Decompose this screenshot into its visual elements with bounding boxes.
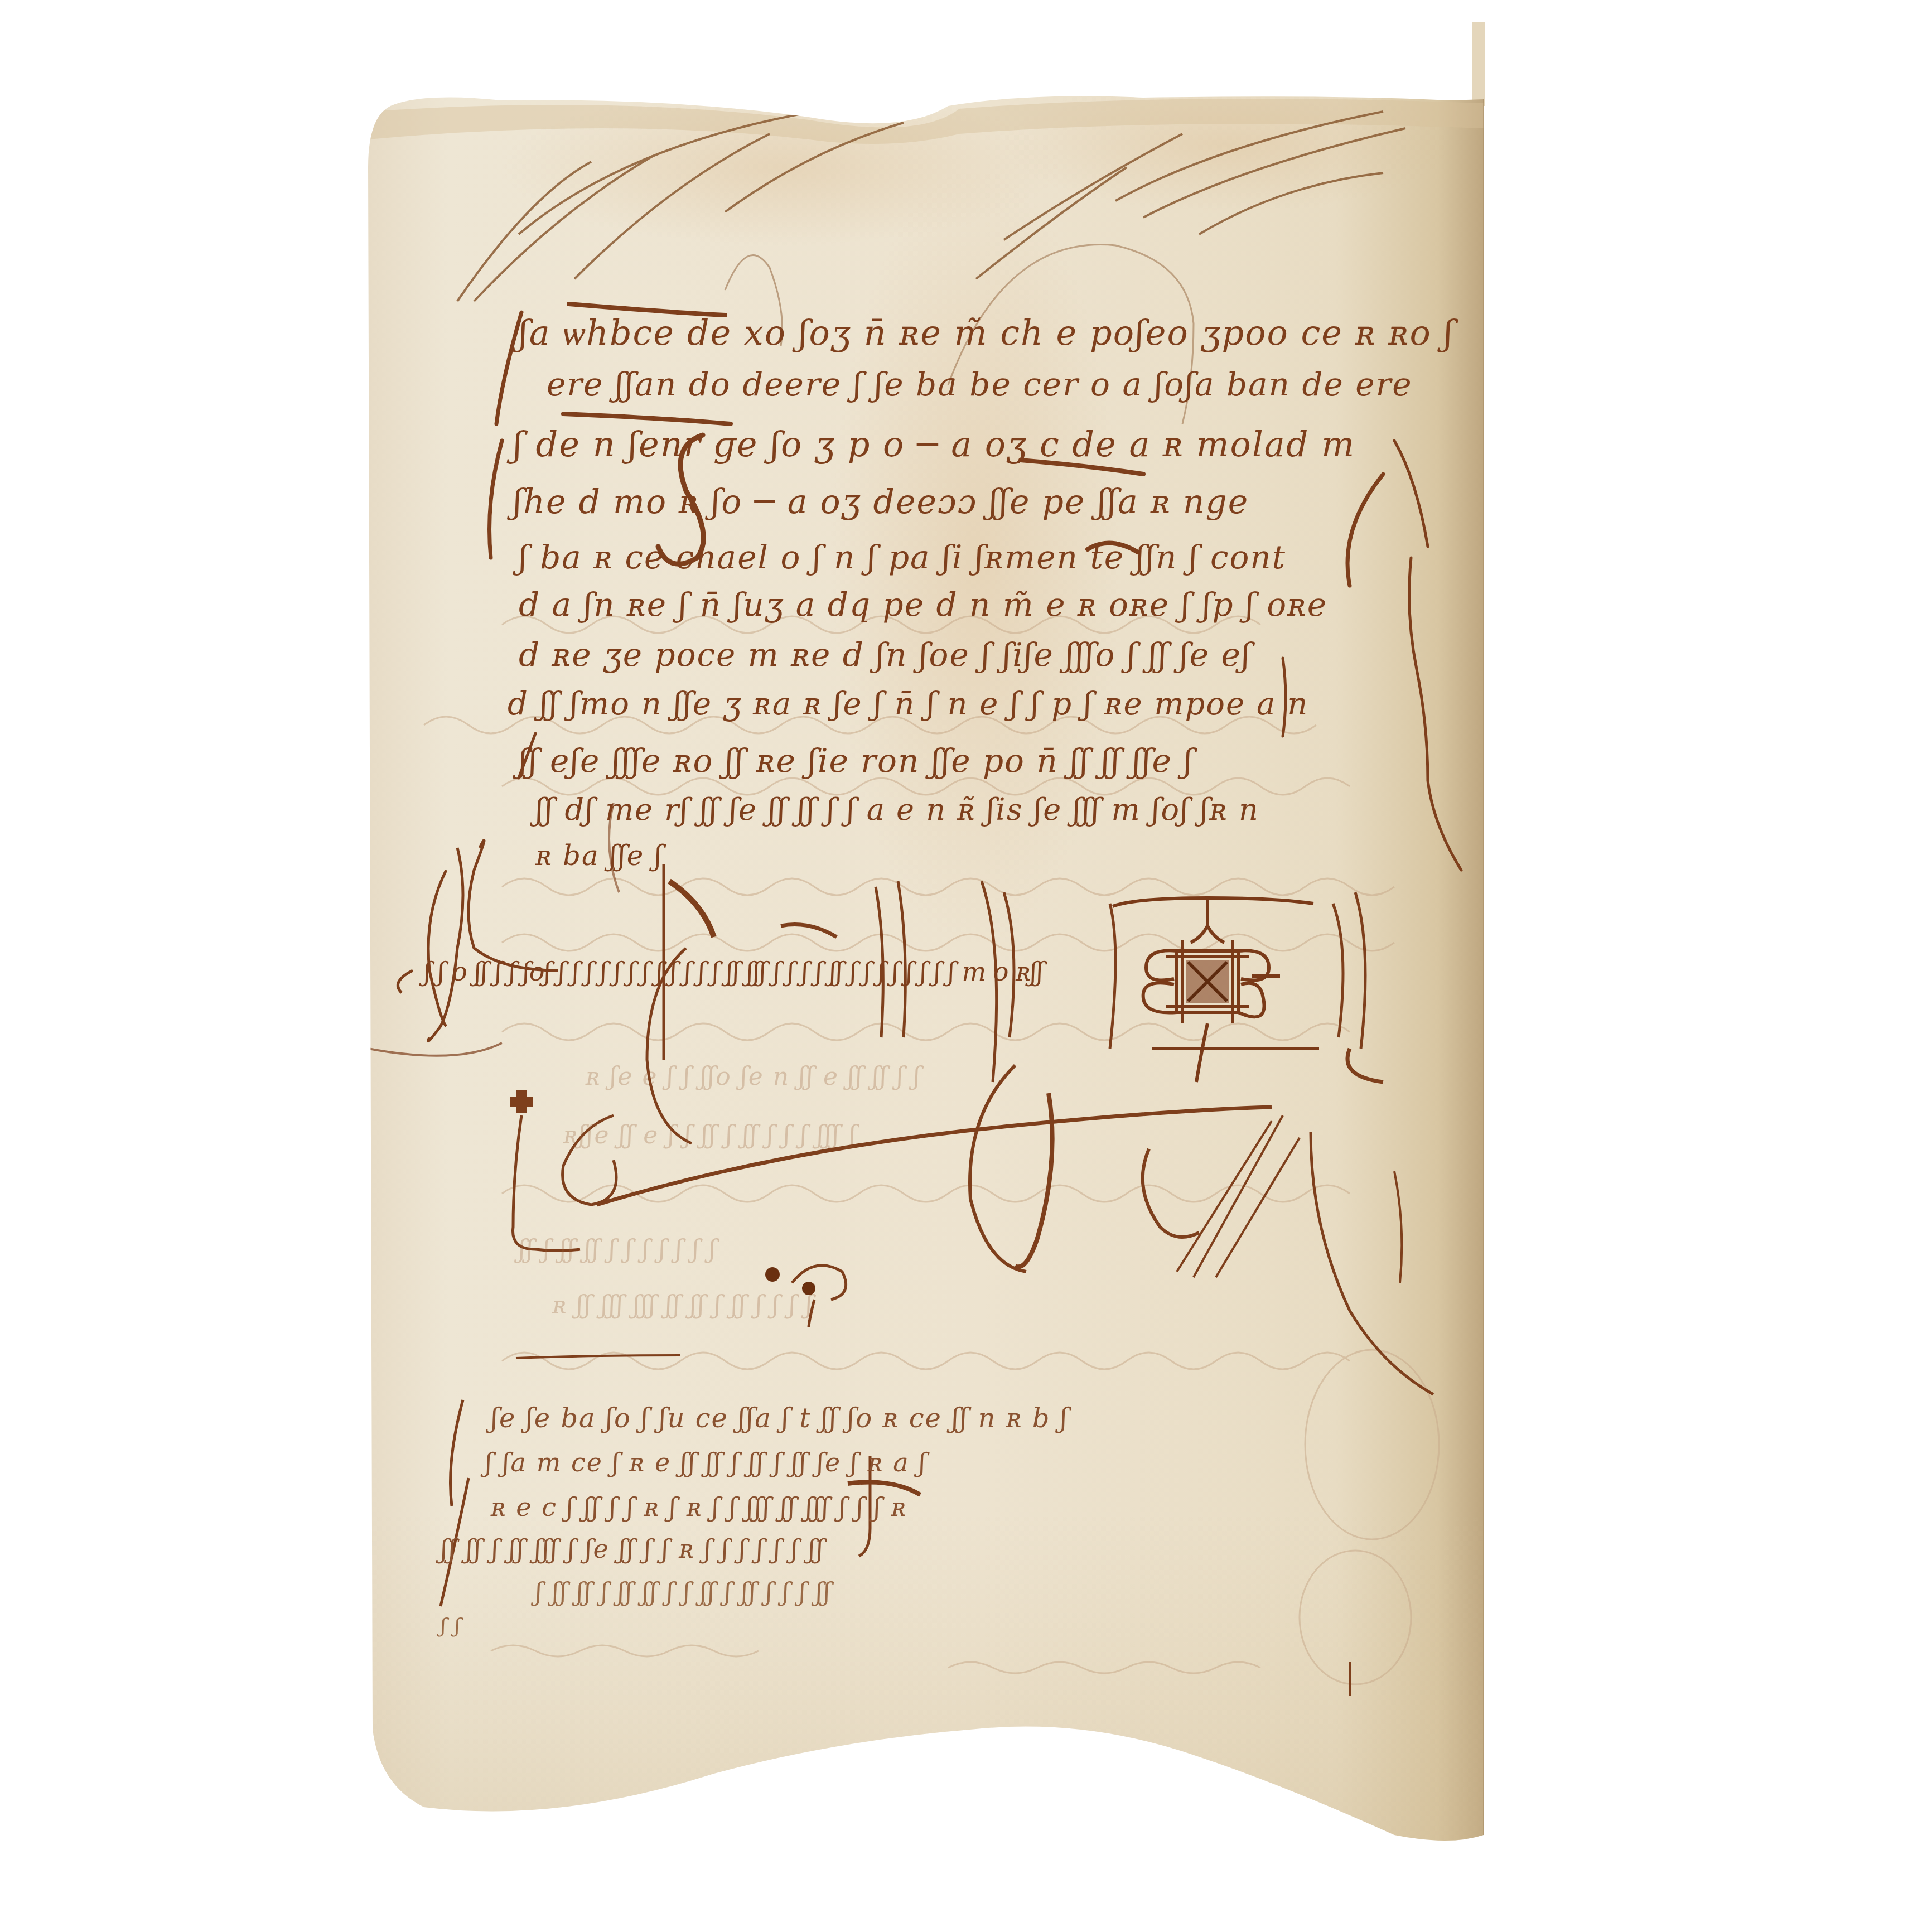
text-line-4: ʃhe d mo ʀ ʃo ─ a oʒ deeɔɔ ʃʃe pe ʃʃa ʀ …	[513, 482, 1249, 521]
text-line-8: d ʃʃ ʃmo n ʃʃe ʒ ʀa ʀ ʃe ʃ n̄ ʃ n e ʃ ʃ …	[508, 686, 1308, 722]
lower-line-3: ʃʃ ʃ ʃʃ ʃʃ ʃ ʃ ʃ ʃ ʃ ʃ ʃ	[519, 1235, 717, 1264]
text-line-5: ʃ ba ʀ ce cnael o ʃ n ʃ pa ʃi ʃʀmen te ʃ…	[519, 538, 1286, 576]
text-line-2: ere ʃʃan do deere ʃ ʃe ba be cer o a ʃoʃ…	[547, 365, 1413, 403]
lower-line-1: ʀ ʃe e ʃ ʃ ʃʃo ʃe n ʃʃ e ʃʃ ʃʃ ʃ ʃ	[586, 1062, 921, 1091]
closing-line-2: ʃ ʃa m ce ʃ ʀ e ʃʃ ʃʃ ʃ ʃʃ ʃ ʃʃ ʃe ʃ ʀ a…	[485, 1447, 927, 1477]
text-line-11: ʀ ba ʃʃe ʃ	[535, 839, 663, 872]
text-line-3: ʃ de n ʃenr ɡe ʃo ʒ p o ─ a oʒ c de a ʀ …	[513, 424, 1355, 465]
closing-line-6: ʃ ʃ	[441, 1615, 461, 1638]
text-line-6: d a ʃn ʀe ʃ n̄ ʃuʒ a dq pe d n m̃ e ʀ oʀ…	[519, 586, 1327, 624]
lower-line-4: ʀ ʃʃ ʃʃʃ ʃʃʃ ʃʃ ʃʃ ʃ ʃʃ ʃ ʃ ʃ ʃ	[552, 1291, 813, 1320]
text-line-1: ʃa ѡhbce de xo ʃoʒ n̄ ʀe m̃ ch e poʃeo ʒ…	[519, 312, 1454, 354]
manuscript-scan: ʃa ѡhbce de xo ʃoʒ n̄ ʀe m̃ ch e poʃeo ʒ…	[0, 0, 1932, 1932]
signature-line: ʃ ʃ o ʃʃ ʃ ʃ ʃoʃ ʃ ʃ ʃ ʃ ʃ ʃ ʃ ʃ ʃ ʃ ʃ ʃ…	[424, 957, 1043, 987]
lower-line-2: ʀʃʃe ʃʃ e ʃ ʃ ʃʃ ʃ ʃʃ ʃ ʃ ʃ ʃʃʃ ʃ	[563, 1121, 857, 1149]
closing-line-3: ʀ e c ʃ ʃʃ ʃ ʃ ʀ ʃ ʀ ʃ ʃ ʃʃʃ ʃʃ ʃʃʃ ʃ ʃ …	[491, 1492, 907, 1522]
closing-line-1: ʃe ʃe ba ʃo ʃ ʃu ce ʃʃa ʃ t ʃʃ ʃo ʀ ce ʃ…	[491, 1403, 1069, 1434]
closing-line-4: ʃʃ ʃʃ ʃ ʃʃ ʃʃʃ ʃ ʃe ʃʃ ʃ ʃ ʀ ʃ ʃ ʃ ʃ ʃ ʃ…	[441, 1534, 824, 1564]
text-line-10: ʃʃ dʃ me rʃ ʃʃ ʃe ʃʃ ʃʃ ʃ ʃ a e n ʀ̃ ʃis…	[535, 792, 1259, 827]
closing-line-5: ʃ ʃʃ ʃʃ ʃ ʃʃ ʃʃ ʃ ʃ ʃʃ ʃ ʃʃ ʃ ʃ ʃ ʃʃ	[535, 1578, 832, 1607]
adjacent-page-sliver	[1472, 22, 1485, 106]
text-line-7: d ʀe ʒe poce m ʀe d ʃn ʃoe ʃ ʃiʃe ʃʃʃo ʃ…	[519, 636, 1252, 674]
text-line-9: ʃʃ eʃe ʃʃʃe ʀo ʃʃ ʀe ʃie ron ʃʃe po n̄ ʃ…	[519, 742, 1194, 780]
